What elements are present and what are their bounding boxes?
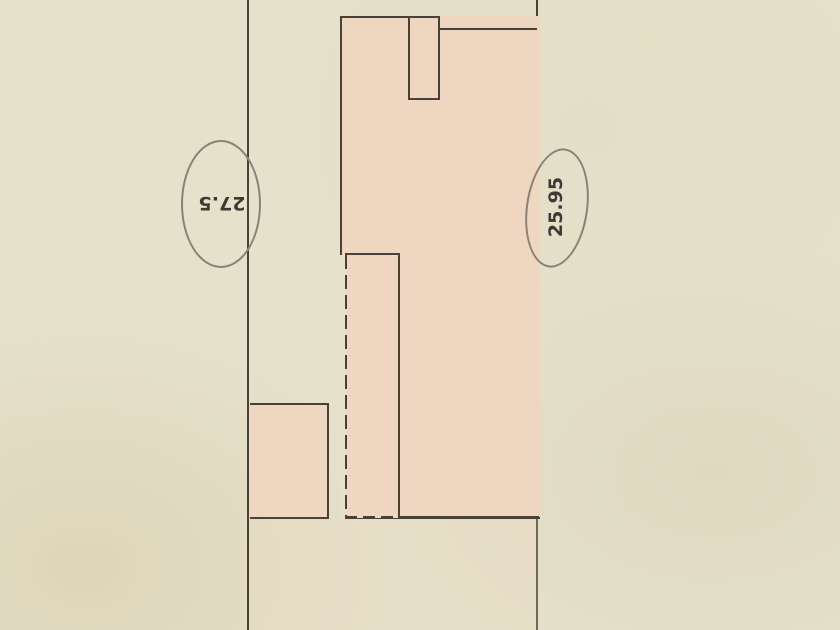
- lower-yard: [251, 519, 538, 630]
- extension-dashed-bottom-edge: [345, 516, 400, 518]
- main-building-bottom-edge: [398, 516, 539, 518]
- dashed-extension-fill: [345, 254, 399, 518]
- extension-right-edge: [398, 253, 400, 518]
- left-measurement-label: 27.5: [192, 192, 252, 214]
- main-building-step-edge: [438, 28, 537, 30]
- left-boundary-line: [247, 0, 249, 630]
- right-measurement-label: 25.95: [545, 172, 567, 242]
- main-left-edge-gap: [340, 255, 345, 519]
- extension-dashed-left-edge: [345, 255, 347, 518]
- extension-top-edge: [345, 253, 400, 255]
- small-outbuilding: [250, 403, 329, 519]
- top-annex: [408, 16, 440, 100]
